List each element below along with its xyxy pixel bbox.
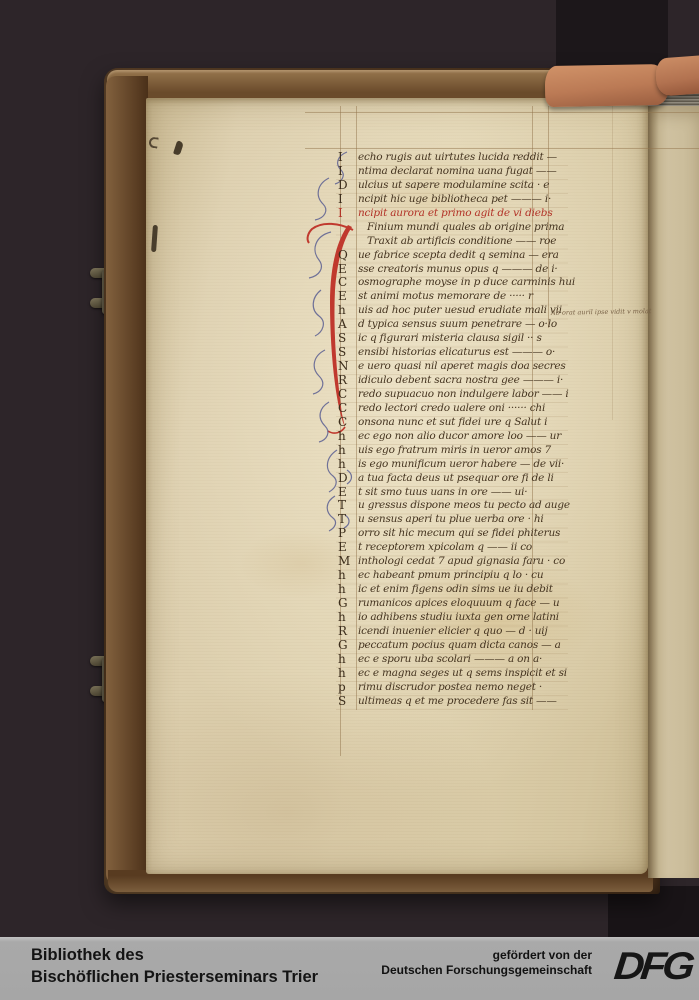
line-text: redo lectori credo ualere oni ······ chi bbox=[358, 402, 545, 414]
line-text: Traxit ab artificis conditione —— roe bbox=[367, 235, 556, 247]
manuscript-line: Ridiculo debent sacra nostra gee ——— i· bbox=[336, 374, 576, 388]
line-initial: C bbox=[338, 388, 347, 402]
manuscript-line: Intima declarat nomina uana fugat —— bbox=[336, 165, 576, 179]
manuscript-line: Consona nunc et sut fidei ure q Salut i bbox=[336, 416, 576, 430]
line-initial: N bbox=[338, 360, 348, 374]
line-initial: h bbox=[338, 583, 346, 597]
manuscript-line: Traxit ab artificis conditione —— roe bbox=[336, 235, 576, 249]
line-text: ec habeant pmum principiu q lo · cu bbox=[358, 569, 543, 581]
manuscript-line: hec e sporu uba scolari ——— a on a· bbox=[336, 653, 576, 667]
line-initial: h bbox=[338, 611, 346, 625]
manuscript-line: Ad typica sensus suum penetrare — o·lo bbox=[336, 318, 576, 332]
line-initial: S bbox=[338, 332, 346, 346]
manuscript-line: Cosmographe moyse in p duce carminis hui bbox=[336, 276, 576, 290]
library-name-line2: Bischöflichen Priesterseminars Trier bbox=[31, 967, 318, 989]
line-text: u sensus aperi tu plue uerba ore · hi bbox=[358, 513, 544, 525]
attribution-bar: Bibliothek des Bischöflichen Priestersem… bbox=[0, 937, 699, 1000]
manuscript-line: Et sit smo tuus uans in ore —— ui· bbox=[336, 486, 576, 500]
manuscript-line: Que fabrice scepta dedit q semina — era bbox=[336, 249, 576, 263]
line-initial: h bbox=[338, 569, 346, 583]
line-initial: I bbox=[338, 207, 343, 221]
manuscript-line: huis ad hoc puter uesud erudiate mali vi… bbox=[336, 304, 576, 318]
line-initial: h bbox=[338, 430, 346, 444]
line-text: uis ego fratrum miris in ueror amos 7 bbox=[358, 444, 551, 456]
ink-mark-curl bbox=[148, 136, 158, 148]
manuscript-line: Iecho rugis aut uirtutes lucida reddit — bbox=[336, 151, 576, 165]
line-text: ntima declarat nomina uana fugat —— bbox=[358, 165, 557, 177]
manuscript-line: Ne uero quasi nil aperet magis doa secre… bbox=[336, 360, 576, 374]
line-text: redo supuacuo non indulgere labor —— i bbox=[358, 388, 569, 400]
line-text: ulcius ut sapere modulamine scita · e bbox=[358, 179, 549, 191]
line-text: osmographe moyse in p duce carminis hui bbox=[358, 276, 575, 288]
manuscript-line: Finium mundi quales ab origine prima bbox=[336, 221, 576, 235]
facing-page-strip bbox=[648, 106, 699, 878]
line-text: ic q figurari misteria clausa sigil ·· s bbox=[358, 332, 542, 344]
manuscript-line: Incipit hic uge bibliotheca pet ——— i· bbox=[336, 193, 576, 207]
manuscript-line: huis ego fratrum miris in ueror amos 7 bbox=[336, 444, 576, 458]
line-text: onsona nunc et sut fidei ure q Salut i bbox=[358, 416, 547, 428]
line-initial: S bbox=[338, 695, 346, 709]
line-initial: E bbox=[338, 486, 347, 500]
line-initial: R bbox=[338, 625, 347, 639]
line-initial: M bbox=[338, 555, 350, 569]
line-initial: h bbox=[338, 653, 346, 667]
line-text: t receptorem xpicolam q —— ii co bbox=[358, 541, 532, 553]
line-text: ncipit hic uge bibliotheca pet ——— i· bbox=[358, 193, 551, 205]
manuscript-line: hec habeant pmum principiu q lo · cu bbox=[336, 569, 576, 583]
manuscript-text-block: Iecho rugis aut uirtutes lucida reddit —… bbox=[336, 151, 576, 709]
manuscript-line: hec e magna seges ut q sems inspicit et … bbox=[336, 667, 576, 681]
manuscript-line: Tu sensus aperi tu plue uerba ore · hi bbox=[336, 513, 576, 527]
manuscript-line: hec ego non alio ducor amore loo —— ur bbox=[336, 430, 576, 444]
line-initial: C bbox=[338, 402, 347, 416]
leather-tab bbox=[545, 64, 670, 107]
line-text: ec e sporu uba scolari ——— a on a· bbox=[358, 653, 542, 665]
line-initial: C bbox=[338, 276, 347, 290]
manuscript-line: Credo lectori credo ualere oni ······ ch… bbox=[336, 402, 576, 416]
line-initial: p bbox=[338, 681, 345, 695]
manuscript-line: Dulcius ut sapere modulamine scita · e bbox=[336, 179, 576, 193]
line-text: ec ego non alio ducor amore loo —— ur bbox=[358, 430, 561, 442]
manuscript-line: Gpeccatum pocius quam dicta canos — a bbox=[336, 639, 576, 653]
line-initial: S bbox=[338, 346, 346, 360]
library-name: Bibliothek des Bischöflichen Priestersem… bbox=[31, 945, 318, 988]
manuscript-line: Est animi motus memorare de ····· r bbox=[336, 290, 576, 304]
line-text: orro sit hic mecum qui se fidei phiterus bbox=[358, 527, 560, 539]
line-initial: T bbox=[338, 513, 346, 527]
funding-line1: gefördert von der bbox=[381, 948, 592, 963]
manuscript-line: Sultimeas q et me procedere fas sit —— bbox=[336, 695, 576, 709]
line-text: ultimeas q et me procedere fas sit —— bbox=[358, 695, 557, 707]
manuscript-line: Ricendi inuenier elicier q quo — d · uij bbox=[336, 625, 576, 639]
manuscript-line: Sensibi historias elicaturus est ——— o· bbox=[336, 346, 576, 360]
manuscript-line: Et receptorem xpicolam q —— ii co bbox=[336, 541, 576, 555]
line-text: e uero quasi nil aperet magis doa secres bbox=[358, 360, 566, 372]
manuscript-line: Minthologi cedat 7 apud gignasia faru · … bbox=[336, 555, 576, 569]
line-initial: R bbox=[338, 374, 347, 388]
manuscript-photo: Iecho rugis aut uirtutes lucida reddit —… bbox=[0, 0, 699, 937]
line-text: is ego munificum ueror habere — de vii· bbox=[358, 458, 564, 470]
line-text: inthologi cedat 7 apud gignasia faru · c… bbox=[358, 555, 565, 567]
line-initial: h bbox=[338, 304, 346, 318]
line-initial: I bbox=[338, 165, 343, 179]
funding-credit: gefördert von der Deutschen Forschungsge… bbox=[381, 948, 592, 978]
manuscript-line: primu discrudor postea nemo neget · bbox=[336, 681, 576, 695]
manuscript-line: Tu gressus dispone meos tu pecto ad auge bbox=[336, 499, 576, 513]
library-name-line1: Bibliothek des bbox=[31, 945, 318, 967]
funding-line2: Deutschen Forschungsgemeinschaft bbox=[381, 963, 592, 978]
manuscript-line: Porro sit hic mecum qui se fidei phiteru… bbox=[336, 527, 576, 541]
line-text: rumanicos apices eloquuum q face — u bbox=[358, 597, 559, 609]
line-initial: I bbox=[338, 151, 343, 165]
cover-left-edge bbox=[106, 76, 148, 884]
line-initial: E bbox=[338, 263, 347, 277]
line-text: echo rugis aut uirtutes lucida reddit — bbox=[358, 151, 557, 163]
leather-tab-edge bbox=[655, 55, 699, 96]
line-text: ncipit aurora et primo agit de vi diebs bbox=[358, 207, 553, 219]
line-initial: Q bbox=[338, 249, 348, 263]
line-initial: G bbox=[338, 639, 347, 653]
line-text: ensibi historias elicaturus est ——— o· bbox=[358, 346, 555, 358]
line-initial: P bbox=[338, 527, 346, 541]
line-text: sse creatoris munus opus q ——— de i· bbox=[358, 263, 558, 275]
manuscript-line: hio adhibens studiu iuxta gen orne latin… bbox=[336, 611, 576, 625]
line-text: uis ad hoc puter uesud erudiate mali vii bbox=[358, 304, 562, 316]
line-initial: A bbox=[338, 318, 346, 332]
line-initial: h bbox=[338, 458, 346, 472]
line-text: d typica sensus suum penetrare — o·lo bbox=[358, 318, 557, 330]
line-text: u gressus dispone meos tu pecto ad auge bbox=[358, 499, 570, 511]
line-initial: D bbox=[338, 472, 347, 486]
line-text: st animi motus memorare de ····· r bbox=[358, 290, 533, 302]
manuscript-line: Credo supuacuo non indulgere labor —— i bbox=[336, 388, 576, 402]
digitized-manuscript-view: Iecho rugis aut uirtutes lucida reddit —… bbox=[0, 0, 699, 1000]
line-text: ic et enim figens odin sims ue iu debit bbox=[358, 583, 553, 595]
line-text: t sit smo tuus uans in ore —— ui· bbox=[358, 486, 527, 498]
manuscript-line: hic et enim figens odin sims ue iu debit bbox=[336, 583, 576, 597]
line-text: ue fabrice scepta dedit q semina — era bbox=[358, 249, 559, 261]
line-initial: T bbox=[338, 499, 346, 513]
line-text: a tua facta deus ut psequar ore fi de li bbox=[358, 472, 554, 484]
manuscript-line: Esse creatoris munus opus q ——— de i· bbox=[336, 263, 576, 277]
line-text: io adhibens studiu iuxta gen orne latini bbox=[358, 611, 559, 623]
line-initial: D bbox=[338, 179, 347, 193]
manuscript-line: his ego munificum ueror habere — de vii· bbox=[336, 458, 576, 472]
manuscript-line: Da tua facta deus ut psequar ore fi de l… bbox=[336, 472, 576, 486]
line-initial: C bbox=[338, 416, 347, 430]
line-initial: I bbox=[338, 193, 343, 207]
manuscript-line: Sic q figurari misteria clausa sigil ·· … bbox=[336, 332, 576, 346]
line-initial: G bbox=[338, 597, 347, 611]
ruling-horizontal-1 bbox=[305, 112, 699, 113]
line-text: ec e magna seges ut q sems inspicit et s… bbox=[358, 667, 567, 679]
line-text: Finium mundi quales ab origine prima bbox=[367, 221, 564, 233]
line-initial: E bbox=[338, 541, 347, 555]
line-initial: h bbox=[338, 667, 346, 681]
line-initial: h bbox=[338, 444, 346, 458]
line-text: peccatum pocius quam dicta canos — a bbox=[358, 639, 561, 651]
line-text: rimu discrudor postea nemo neget · bbox=[358, 681, 542, 693]
line-initial: E bbox=[338, 290, 347, 304]
manuscript-line: Incipit aurora et primo agit de vi diebs bbox=[336, 207, 576, 221]
manuscript-line: Grumanicos apices eloquuum q face — u bbox=[336, 597, 576, 611]
line-text: icendi inuenier elicier q quo — d · uij bbox=[358, 625, 548, 637]
line-text: idiculo debent sacra nostra gee ——— i· bbox=[358, 374, 563, 386]
dfg-logo: DFG bbox=[593, 948, 693, 985]
ruling-vertical-5 bbox=[612, 106, 613, 420]
